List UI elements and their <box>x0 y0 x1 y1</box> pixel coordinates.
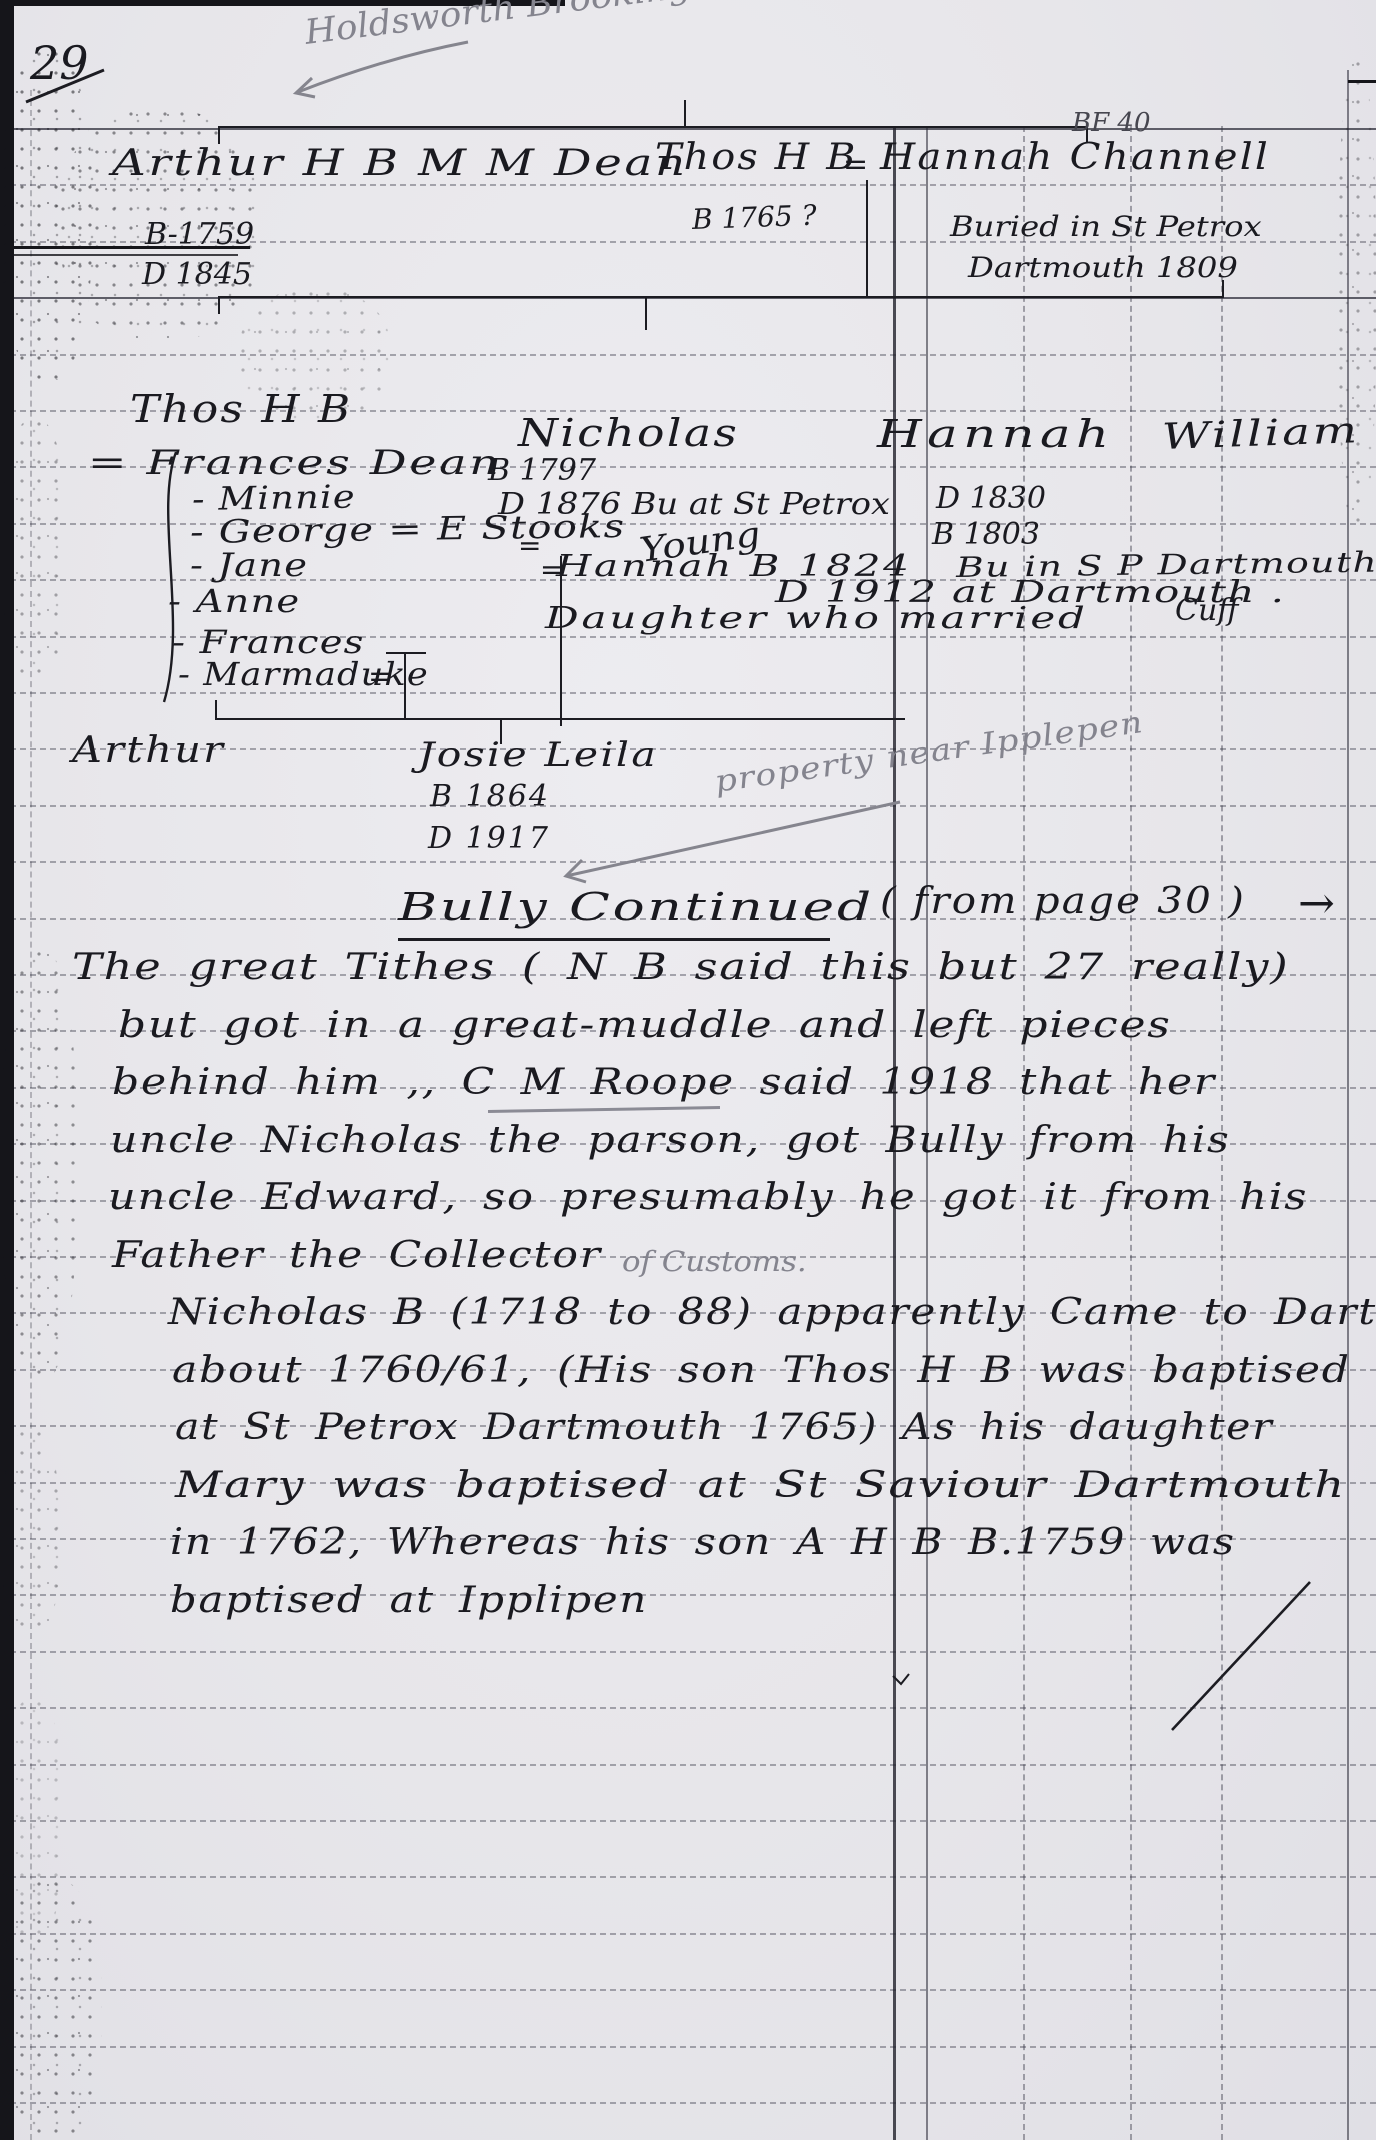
pencil-arrowhead <box>296 78 315 97</box>
gen2-nicholas-name: Nicholas <box>518 414 739 452</box>
speckle-patch <box>2 1880 102 2140</box>
ruled-line <box>0 1989 1376 1991</box>
body-title-ref: ( from page 30 ) <box>880 884 1246 920</box>
tree-bracket-tick <box>684 100 686 128</box>
tree-marmaduke-bar <box>386 652 426 654</box>
ruled-line <box>0 805 1376 807</box>
tree-bracket-tick <box>218 126 220 144</box>
gen2-nicholas-born: B 1797 <box>488 456 596 486</box>
gen3-arthur-name: Arthur <box>72 733 225 769</box>
body-line: Father the Collector <box>112 1238 602 1274</box>
ruled-line <box>0 354 1376 356</box>
tree-bracket-tick <box>215 700 217 720</box>
body-line: baptised at Ipplipen <box>170 1583 648 1619</box>
ruled-line <box>0 1651 1376 1653</box>
pencil-underline-roope <box>488 1106 720 1113</box>
pencil-arrow-property <box>566 802 900 876</box>
tree-bracket-gen2 <box>218 296 1224 298</box>
gen2-nicholas-died: D 1876 Bu at St Petrox <box>498 490 890 520</box>
gen2-nicholas-equals: = <box>518 532 541 560</box>
gen1-equals: = <box>843 150 868 180</box>
pencil-arrowhead <box>566 860 586 882</box>
gen2-daughter-married-cuff: Cuff <box>1175 596 1239 626</box>
gen1-thos-name: Thos H B <box>655 140 858 176</box>
speckle-patch <box>2 420 67 680</box>
gen1-arthur-born: B-1759 <box>145 220 254 250</box>
gen2-child-jane: - Jane <box>190 549 308 581</box>
page-number: 29 <box>30 40 89 86</box>
body-line: Mary was baptised at St Saviour Dartmout… <box>175 1468 1346 1504</box>
body-title: Bully Continued <box>398 888 874 926</box>
gen3-josie-name: Josie Leila <box>418 738 658 772</box>
gen1-wife-note2: Dartmouth 1809 <box>968 254 1238 282</box>
gen1-wife-note1: Buried in St Petrox <box>950 213 1262 241</box>
gen2-marmaduke-equals: = <box>368 662 393 692</box>
body-line: uncle Edward, so presumably he got it fr… <box>108 1180 1308 1216</box>
gen2-william-name: William <box>1161 413 1360 456</box>
gen1-arthur-died: D 1845 <box>142 260 252 290</box>
gen1-thos-born: B 1765 ? <box>692 202 818 234</box>
gen2-child-minnie: - Minnie <box>192 481 356 515</box>
title-underline <box>398 938 830 941</box>
continuation-arrow: → <box>1298 882 1335 926</box>
speckle-patch <box>2 950 77 1380</box>
ruled-line <box>0 1707 1376 1709</box>
ruled-line <box>0 1933 1376 1935</box>
tree-bracket-tick <box>218 296 220 314</box>
tree-bracket-gen1 <box>218 126 1086 128</box>
gen2-child-anne: - Anne <box>168 585 300 617</box>
gen1-arthur-name: Arthur H B M M Dean <box>112 146 688 182</box>
gen2-hannah-name: Hannah <box>877 415 1114 453</box>
pencil-property-note: property near Ipplepen <box>713 708 1146 798</box>
tree-bracket-tick <box>645 296 647 330</box>
body-line: but got in a great-muddle and left piece… <box>118 1008 1172 1044</box>
gen2-child-frances: - Frances <box>172 626 365 658</box>
gen2-hannah-died: D 1830 <box>936 484 1046 514</box>
body-line: Nicholas B (1718 to 88) apparently Came … <box>168 1295 1376 1331</box>
ruled-line <box>0 861 1376 863</box>
gen2-thos-name: Thos H B <box>130 390 352 428</box>
ruled-line <box>0 1820 1376 1822</box>
gen2-hannah-born: B 1803 <box>932 520 1040 550</box>
gen1-wife-name: Hannah Channell <box>880 140 1270 176</box>
tree-couple-line <box>866 180 868 298</box>
scanned-genealogy-page: 29 Holdsworth Brooking Arthur H B M M De… <box>0 0 1376 2140</box>
tree-bracket-gen3 <box>215 718 905 720</box>
ruled-line <box>0 2102 1376 2104</box>
pencil-customs-note: of Customs. <box>622 1248 807 1276</box>
gen2-nicholas-daughter-note: Daughter who married <box>545 604 1088 634</box>
body-line: uncle Nicholas the parson, got Bully fro… <box>110 1123 1231 1159</box>
gen2-thos-spouse: = Frances Dean <box>88 446 501 480</box>
ruled-line <box>0 1764 1376 1766</box>
bf-reference: BF 40 <box>1072 110 1151 136</box>
body-line: behind him ,, C M Roope said 1918 that h… <box>112 1065 1216 1101</box>
gen3-josie-died: D 1917 <box>428 824 550 854</box>
pencil-heading: Holdsworth Brooking <box>303 0 692 50</box>
ruled-line <box>0 1876 1376 1878</box>
ruled-line <box>0 2046 1376 2048</box>
body-line: about 1760/61, (His son Thos H B was bap… <box>172 1353 1351 1389</box>
body-line: in 1762, Whereas his son A H B B.1759 wa… <box>170 1525 1236 1561</box>
speckle-patch <box>1338 60 1376 530</box>
gen3-josie-born: B 1864 <box>430 782 550 812</box>
body-line: The great Tithes ( N B said this but 27 … <box>72 950 1290 986</box>
speckle-patch <box>2 1430 60 1640</box>
gen2-hannah-buried-note: Bu in S P Dartmouth <box>956 549 1376 582</box>
body-line: at St Petrox Dartmouth 1765) As his daug… <box>175 1410 1273 1446</box>
tree-children-brace <box>164 452 176 702</box>
